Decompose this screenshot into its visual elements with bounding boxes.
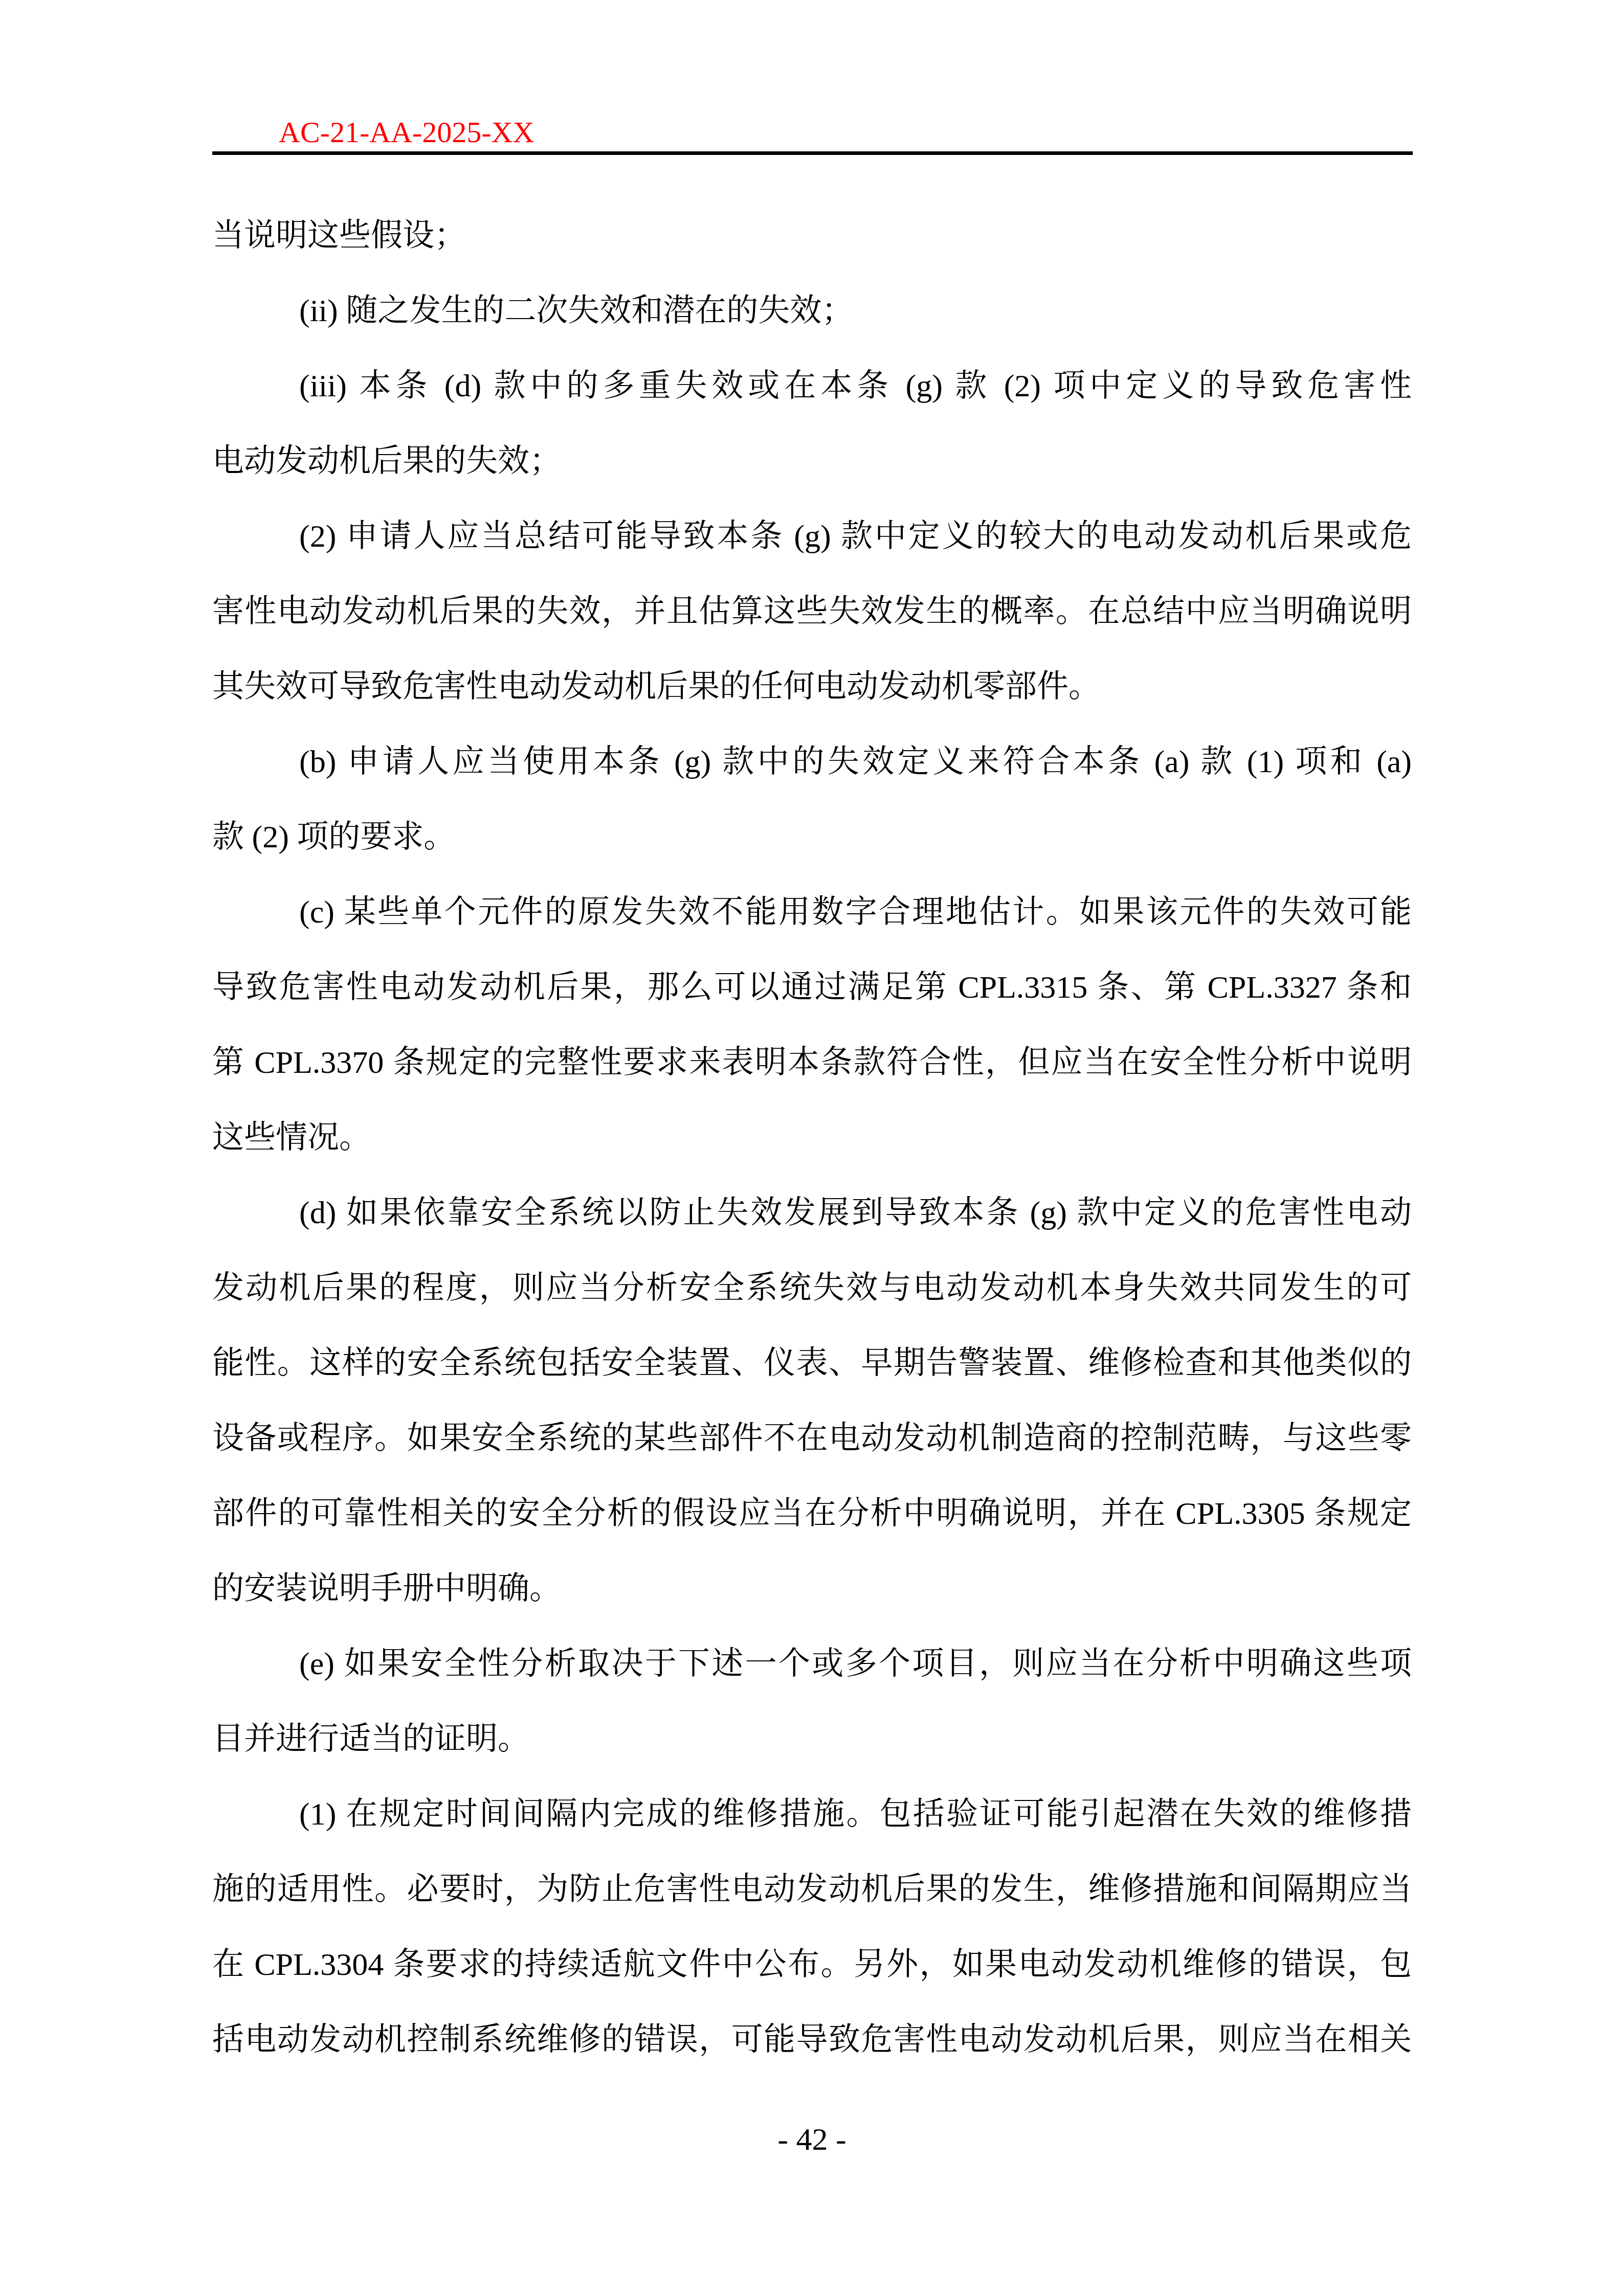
text-line: 能性。这样的安全系统包括安全装置、仪表、早期告警装置、维修检查和其他类似的 (212, 1326, 1412, 1401)
text-line: (2) 申请人应当总结可能导致本条 (g) 款中定义的较大的电动发动机后果或危 (212, 499, 1412, 574)
text-line: 害性电动发动机后果的失效，并且估算这些失效发生的概率。在总结中应当明确说明 (212, 574, 1412, 649)
text-line: 的安装说明手册中明确。 (212, 1551, 1412, 1627)
text-line: 款 (2) 项的要求。 (212, 800, 1412, 875)
text-line: (d) 如果依靠安全系统以防止失效发展到导致本条 (g) 款中定义的危害性电动 (212, 1176, 1412, 1251)
document-page: AC-21-AA-2025-XX 当说明这些假设；(ii) 随之发生的二次失效和… (0, 0, 1624, 2296)
text-line: 设备或程序。如果安全系统的某些部件不在电动发动机制造商的控制范畴，与这些零 (212, 1401, 1412, 1476)
document-body: 当说明这些假设；(ii) 随之发生的二次失效和潜在的失效；(iii) 本条 (d… (212, 198, 1412, 2078)
text-line: (1) 在规定时间间隔内完成的维修措施。包括验证可能引起潜在失效的维修措 (212, 1777, 1412, 1852)
text-line: 电动发动机后果的失效； (212, 424, 1412, 499)
text-line: 当说明这些假设； (212, 198, 1412, 274)
text-line: 在 CPL.3304 条要求的持续适航文件中公布。另外，如果电动发动机维修的错误… (212, 1927, 1412, 2002)
text-line: (b) 申请人应当使用本条 (g) 款中的失效定义来符合本条 (a) 款 (1)… (212, 725, 1412, 800)
text-line: (iii) 本条 (d) 款中的多重失效或在本条 (g) 款 (2) 项中定义的… (212, 349, 1412, 424)
header-rule (212, 151, 1413, 155)
text-line: 导致危害性电动发动机后果，那么可以通过满足第 CPL.3315 条、第 CPL.… (212, 950, 1412, 1025)
text-line: 这些情况。 (212, 1100, 1412, 1176)
text-line: 其失效可导致危害性电动发动机后果的任何电动发动机零部件。 (212, 649, 1412, 725)
text-line: (e) 如果安全性分析取决于下述一个或多个项目，则应当在分析中明确这些项 (212, 1627, 1412, 1702)
text-line: (c) 某些单个元件的原发失效不能用数字合理地估计。如果该元件的失效可能 (212, 875, 1412, 950)
text-line: 发动机后果的程度，则应当分析安全系统失效与电动发动机本身失效共同发生的可 (212, 1251, 1412, 1326)
document-code-header: AC-21-AA-2025-XX (279, 116, 534, 150)
text-line: 部件的可靠性相关的安全分析的假设应当在分析中明确说明，并在 CPL.3305 条… (212, 1476, 1412, 1551)
text-line: 第 CPL.3370 条规定的完整性要求来表明本条款符合性，但应当在安全性分析中… (212, 1025, 1412, 1100)
text-line: 施的适用性。必要时，为防止危害性电动发动机后果的发生，维修措施和间隔期应当 (212, 1852, 1412, 1927)
text-line: 括电动发动机控制系统维修的错误，可能导致危害性电动发动机后果，则应当在相关 (212, 2002, 1412, 2078)
text-line: (ii) 随之发生的二次失效和潜在的失效； (212, 274, 1412, 349)
page-number: - 42 - (0, 2122, 1624, 2157)
text-line: 目并进行适当的证明。 (212, 1702, 1412, 1777)
